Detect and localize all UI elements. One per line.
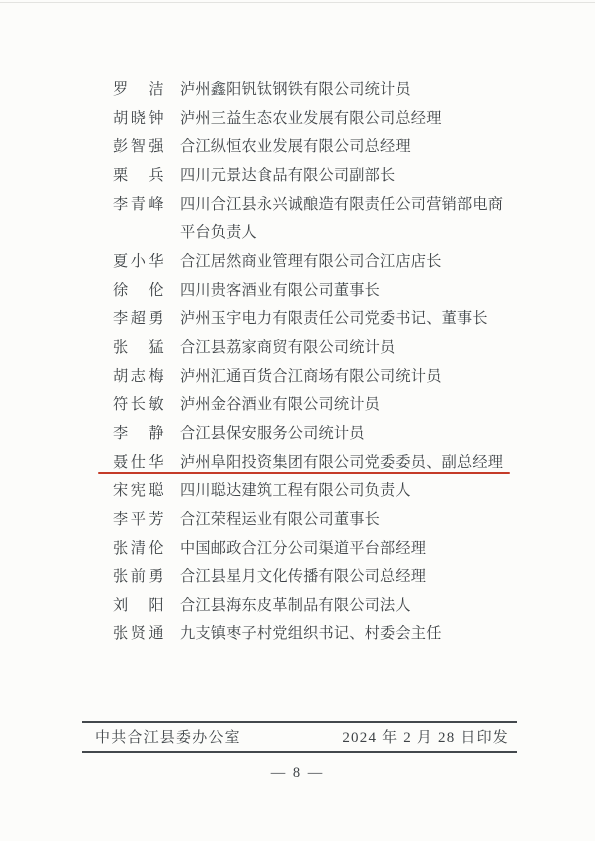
roster-row: 胡志梅 泸州汇通百货合江商场有限公司统计员 bbox=[113, 363, 515, 392]
roster-row: 张贤通 九支镇枣子村党组织书记、村委会主任 bbox=[113, 620, 515, 649]
footer-row: 中共合江县委办公室 2024 年 2 月 28 日印发 bbox=[95, 728, 509, 748]
roster-row: 刘 阳 合江县海东皮革制品有限公司法人 bbox=[113, 592, 515, 621]
person-title: 四川合江县永兴诚酿造有限责任公司营销部电商平台负责人 bbox=[180, 191, 515, 248]
footer-bottom-rule bbox=[82, 751, 517, 753]
roster-row: 李 静 合江县保安服务公司统计员 bbox=[113, 420, 515, 449]
roster-row: 李平芳 合江荣程运业有限公司董事长 bbox=[113, 506, 515, 535]
person-title: 泸州三益生态农业发展有限公司总经理 bbox=[180, 105, 515, 134]
person-title: 合江居然商业管理有限公司合江店店长 bbox=[180, 248, 515, 277]
person-title: 合江县海东皮革制品有限公司法人 bbox=[180, 592, 515, 621]
person-name: 刘 阳 bbox=[113, 592, 169, 621]
person-title: 四川聪达建筑工程有限公司负责人 bbox=[180, 477, 515, 506]
roster-row: 罗 洁 泸州鑫阳钒钛钢铁有限公司统计员 bbox=[113, 76, 515, 105]
person-title: 泸州汇通百货合江商场有限公司统计员 bbox=[180, 363, 515, 392]
person-name: 夏小华 bbox=[113, 248, 169, 277]
person-name: 李平芳 bbox=[113, 506, 169, 535]
person-title: 泸州玉宇电力有限责任公司党委书记、董事长 bbox=[180, 305, 515, 334]
roster-row: 彭智强 合江纵恒农业发展有限公司总经理 bbox=[113, 133, 515, 162]
roster-row: 徐 伦 四川贵客酒业有限公司董事长 bbox=[113, 277, 515, 306]
roster-row: 符长敏 泸州金谷酒业有限公司统计员 bbox=[113, 391, 515, 420]
person-title: 合江县星月文化传播有限公司总经理 bbox=[180, 563, 515, 592]
person-title: 泸州阜阳投资集团有限公司党委委员、副总经理 bbox=[180, 449, 515, 478]
person-name: 聂仕华 bbox=[113, 449, 169, 478]
roster-row: 张清伦 中国邮政合江分公司渠道平台部经理 bbox=[113, 535, 515, 564]
person-name: 罗 洁 bbox=[113, 76, 169, 105]
person-title: 合江县荔家商贸有限公司统计员 bbox=[180, 334, 515, 363]
person-name: 李 静 bbox=[113, 420, 169, 449]
person-name: 胡志梅 bbox=[113, 363, 169, 392]
person-name: 张贤通 bbox=[113, 620, 169, 649]
roster-row: 聂仕华 泸州阜阳投资集团有限公司党委委员、副总经理 bbox=[113, 449, 515, 478]
roster-row: 李超勇 泸州玉宇电力有限责任公司党委书记、董事长 bbox=[113, 305, 515, 334]
person-title: 泸州鑫阳钒钛钢铁有限公司统计员 bbox=[180, 76, 515, 105]
document-page: 罗 洁 泸州鑫阳钒钛钢铁有限公司统计员 胡晓钟 泸州三益生态农业发展有限公司总经… bbox=[0, 0, 595, 841]
person-name: 张清伦 bbox=[113, 535, 169, 564]
person-name: 符长敏 bbox=[113, 391, 169, 420]
person-name: 彭智强 bbox=[113, 133, 169, 162]
person-name: 胡晓钟 bbox=[113, 105, 169, 134]
person-name: 李青峰 bbox=[113, 191, 169, 220]
person-name: 李超勇 bbox=[113, 305, 169, 334]
roster-row: 宋宪聪 四川聪达建筑工程有限公司负责人 bbox=[113, 477, 515, 506]
person-title: 合江纵恒农业发展有限公司总经理 bbox=[180, 133, 515, 162]
person-name: 宋宪聪 bbox=[113, 477, 169, 506]
person-name: 徐 伦 bbox=[113, 277, 169, 306]
person-name: 张前勇 bbox=[113, 563, 169, 592]
footer-print-date: 2024 年 2 月 28 日印发 bbox=[342, 728, 509, 748]
person-title: 四川元景达食品有限公司副部长 bbox=[180, 162, 515, 191]
roster-row: 张前勇 合江县星月文化传播有限公司总经理 bbox=[113, 563, 515, 592]
person-title: 四川贵客酒业有限公司董事长 bbox=[180, 277, 515, 306]
roster-row: 夏小华 合江居然商业管理有限公司合江店店长 bbox=[113, 248, 515, 277]
person-title: 合江荣程运业有限公司董事长 bbox=[180, 506, 515, 535]
roster-row: 李青峰 四川合江县永兴诚酿造有限责任公司营销部电商平台负责人 bbox=[113, 191, 515, 248]
roster-row: 张 猛 合江县荔家商贸有限公司统计员 bbox=[113, 334, 515, 363]
person-name: 栗 兵 bbox=[113, 162, 169, 191]
roster-list: 罗 洁 泸州鑫阳钒钛钢铁有限公司统计员 胡晓钟 泸州三益生态农业发展有限公司总经… bbox=[113, 76, 515, 649]
roster-row: 栗 兵 四川元景达食品有限公司副部长 bbox=[113, 162, 515, 191]
person-title: 合江县保安服务公司统计员 bbox=[180, 420, 515, 449]
page-number: — 8 — bbox=[0, 764, 595, 782]
roster-row: 胡晓钟 泸州三益生态农业发展有限公司总经理 bbox=[113, 105, 515, 134]
footer-issuer: 中共合江县委办公室 bbox=[95, 728, 241, 748]
person-title: 九支镇枣子村党组织书记、村委会主任 bbox=[180, 620, 515, 649]
footer-top-rule bbox=[82, 721, 517, 723]
person-title: 泸州金谷酒业有限公司统计员 bbox=[180, 391, 515, 420]
person-name: 张 猛 bbox=[113, 334, 169, 363]
person-title: 中国邮政合江分公司渠道平台部经理 bbox=[180, 535, 515, 564]
